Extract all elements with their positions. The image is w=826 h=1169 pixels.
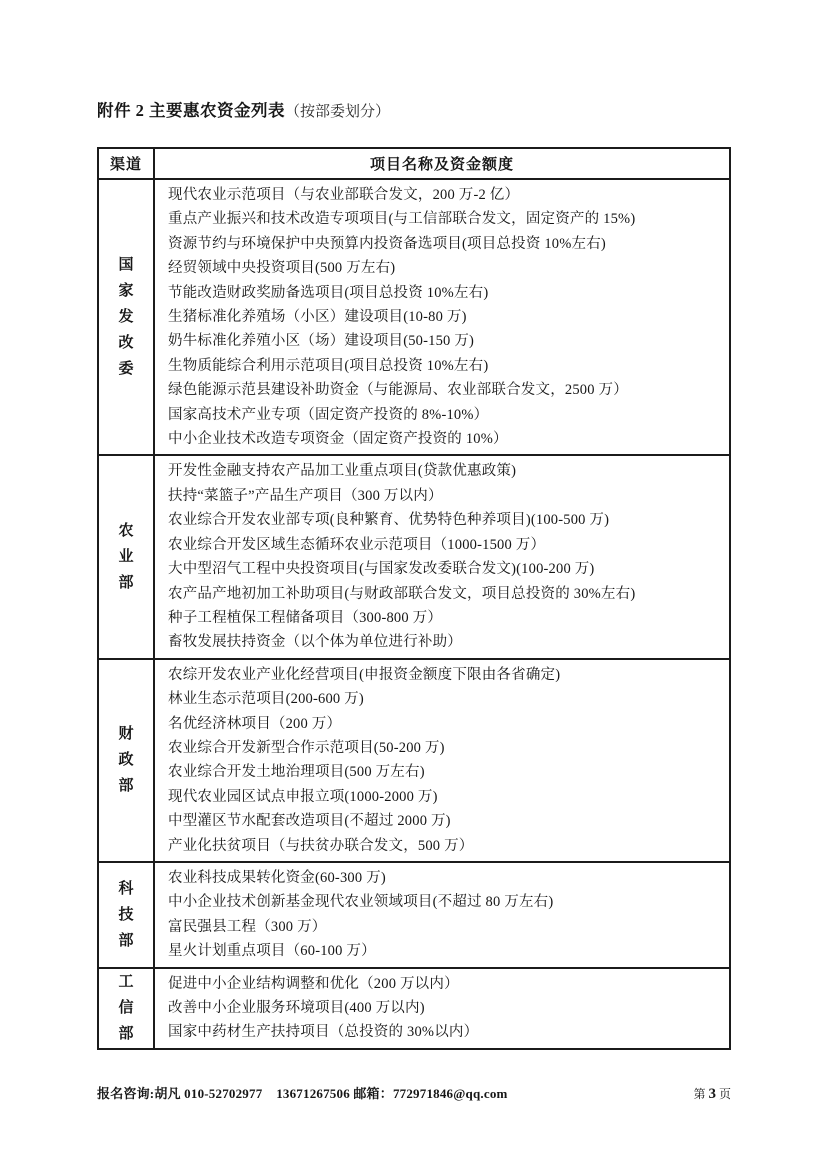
channel-label-char: 委 (99, 356, 153, 382)
project-item: 中小企业技术创新基金现代农业领域项目(不超过 80 万左右) (168, 890, 723, 914)
project-item: 改善中小企业服务环境项目(400 万以内) (168, 996, 723, 1020)
channel-label-char: 信 (99, 995, 153, 1021)
project-item: 经贸领域中央投资项目(500 万左右) (168, 256, 723, 280)
section-row: 农业部开发性金融支持农产品加工业重点项目(贷款优惠政策)扶持“菜篮子”产品生产项… (98, 455, 730, 658)
section-row: 科技部农业科技成果转化资金(60-300 万)中小企业技术创新基金现代农业领域项… (98, 862, 730, 968)
project-item: 促进中小企业结构调整和优化（200 万以内） (168, 972, 723, 996)
table-header-row: 渠道 项目名称及资金额度 (98, 148, 730, 179)
channel-label-char: 政 (99, 747, 153, 773)
project-item: 农业综合开发土地治理项目(500 万左右) (168, 760, 723, 784)
footer-contact-info: 报名咨询:胡凡 010-52702977 13671267506 邮箱：7729… (97, 1083, 508, 1102)
project-item: 畜牧发展扶持资金（以个体为单位进行补助） (168, 630, 723, 654)
project-item: 林业生态示范项目(200-600 万) (168, 687, 723, 711)
project-items-cell: 农综开发农业产业化经营项目(申报资金额度下限由各省确定)林业生态示范项目(200… (154, 659, 730, 862)
project-item: 现代农业园区试点申报立项(1000-2000 万) (168, 785, 723, 809)
channel-label: 工信部 (98, 968, 154, 1049)
table-header: 渠道 项目名称及资金额度 (98, 148, 730, 179)
section-row: 财政部农综开发农业产业化经营项目(申报资金额度下限由各省确定)林业生态示范项目(… (98, 659, 730, 862)
funding-table: 渠道 项目名称及资金额度 国家发改委现代农业示范项目（与农业部联合发文，200 … (97, 147, 731, 1050)
project-item: 种子工程植保工程储备项目（300-800 万） (168, 606, 723, 630)
column-header-channel: 渠道 (98, 148, 154, 179)
project-item: 农业综合开发区域生态循环农业示范项目（1000-1500 万） (168, 533, 723, 557)
project-item: 重点产业振兴和技术改造专项项目(与工信部联合发文，固定资产的 15%) (168, 207, 723, 231)
project-item: 农业综合开发农业部专项(良种繁育、优势特色种养项目)(100-500 万) (168, 508, 723, 532)
page-footer: 报名咨询:胡凡 010-52702977 13671267506 邮箱：7729… (97, 1083, 731, 1103)
channel-label-char: 科 (99, 876, 153, 902)
project-item: 国家中药材生产扶持项目（总投资的 30%以内） (168, 1020, 723, 1044)
project-item: 生猪标准化养殖场（小区）建设项目(10-80 万) (168, 305, 723, 329)
page-number-suffix: 页 (716, 1087, 731, 1101)
channel-label-char: 部 (99, 570, 153, 596)
page-number-indicator: 第 3 页 (693, 1085, 731, 1103)
section-row: 国家发改委现代农业示范项目（与农业部联合发文，200 万-2 亿）重点产业振兴和… (98, 179, 730, 455)
project-items-cell: 现代农业示范项目（与农业部联合发文，200 万-2 亿）重点产业振兴和技术改造专… (154, 179, 730, 455)
project-item: 资源节约与环境保护中央预算内投资备选项目(项目总投资 10%左右) (168, 232, 723, 256)
project-item: 现代农业示范项目（与农业部联合发文，200 万-2 亿） (168, 183, 723, 207)
channel-label: 农业部 (98, 455, 154, 658)
project-item: 农综开发农业产业化经营项目(申报资金额度下限由各省确定) (168, 663, 723, 687)
project-item: 农业综合开发新型合作示范项目(50-200 万) (168, 736, 723, 760)
section-row: 工信部促进中小企业结构调整和优化（200 万以内）改善中小企业服务环境项目(40… (98, 968, 730, 1049)
channel-label-char: 国 (99, 252, 153, 278)
project-item: 农产品产地初加工补助项目(与财政部联合发文，项目总投资的 30%左右) (168, 582, 723, 606)
project-item: 中型灌区节水配套改造项目(不超过 2000 万) (168, 809, 723, 833)
project-item: 富民强县工程（300 万） (168, 915, 723, 939)
channel-label-char: 工 (99, 969, 153, 995)
project-items-cell: 农业科技成果转化资金(60-300 万)中小企业技术创新基金现代农业领域项目(不… (154, 862, 730, 968)
table-body: 国家发改委现代农业示范项目（与农业部联合发文，200 万-2 亿）重点产业振兴和… (98, 179, 730, 1049)
channel-label-char: 业 (99, 544, 153, 570)
document-page: 附件 2 主要惠农资金列表（按部委划分） 渠道 项目名称及资金额度 国家发改委现… (0, 0, 826, 1169)
channel-label-char: 发 (99, 304, 153, 330)
project-items-cell: 开发性金融支持农产品加工业重点项目(贷款优惠政策)扶持“菜篮子”产品生产项目（3… (154, 455, 730, 658)
page-title-note: （按部委划分） (285, 104, 390, 120)
channel-label-char: 家 (99, 278, 153, 304)
project-item: 农业科技成果转化资金(60-300 万) (168, 866, 723, 890)
project-item: 节能改造财政奖励备选项目(项目总投资 10%左右) (168, 281, 723, 305)
channel-label-char: 部 (99, 928, 153, 954)
project-items-cell: 促进中小企业结构调整和优化（200 万以内）改善中小企业服务环境项目(400 万… (154, 968, 730, 1049)
channel-label: 财政部 (98, 659, 154, 862)
channel-label-char: 农 (99, 518, 153, 544)
channel-label-char: 部 (99, 773, 153, 799)
page-number-prefix: 第 (693, 1087, 708, 1101)
channel-label: 国家发改委 (98, 179, 154, 455)
project-item: 国家高技术产业专项（固定资产投资的 8%-10%） (168, 403, 723, 427)
channel-label-char: 改 (99, 330, 153, 356)
project-item: 绿色能源示范县建设补助资金（与能源局、农业部联合发文，2500 万） (168, 378, 723, 402)
project-item: 产业化扶贫项目（与扶贫办联合发文，500 万） (168, 834, 723, 858)
project-item: 开发性金融支持农产品加工业重点项目(贷款优惠政策) (168, 459, 723, 483)
project-item: 奶牛标准化养殖小区（场）建设项目(50-150 万) (168, 329, 723, 353)
page-title: 附件 2 主要惠农资金列表（按部委划分） (97, 97, 390, 121)
project-item: 名优经济林项目（200 万） (168, 712, 723, 736)
project-item: 生物质能综合利用示范项目(项目总投资 10%左右) (168, 354, 723, 378)
channel-label-char: 部 (99, 1021, 153, 1047)
channel-label: 科技部 (98, 862, 154, 968)
project-item: 扶持“菜篮子”产品生产项目（300 万以内） (168, 484, 723, 508)
project-item: 星火计划重点项目（60-100 万） (168, 939, 723, 963)
channel-label-char: 技 (99, 902, 153, 928)
page-title-main: 附件 2 主要惠农资金列表 (97, 101, 285, 120)
column-header-project: 项目名称及资金额度 (154, 148, 730, 179)
page-number: 3 (708, 1086, 716, 1102)
channel-label-char: 财 (99, 721, 153, 747)
project-item: 中小企业技术改造专项资金（固定资产投资的 10%） (168, 427, 723, 451)
project-item: 大中型沼气工程中央投资项目(与国家发改委联合发文)(100-200 万) (168, 557, 723, 581)
